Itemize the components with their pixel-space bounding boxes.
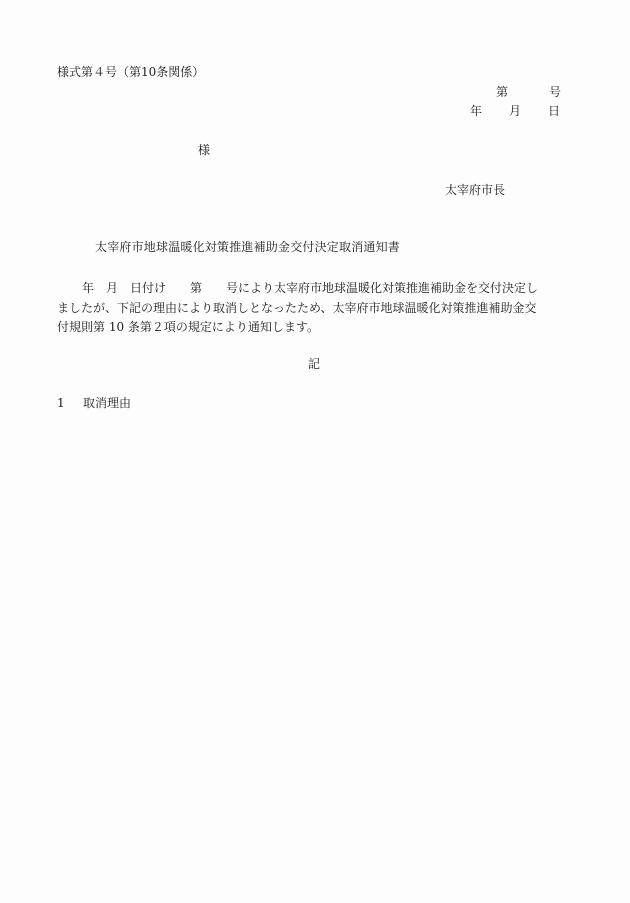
item-number: 1 <box>57 396 83 410</box>
addressee-honorific: 様 <box>198 143 210 157</box>
date-month-label: 月 <box>509 104 521 118</box>
form-number-label: 様式第４号（第10条関係） <box>57 65 204 79</box>
notice-body-line: ましたが、下記の理由により取消しとなったため、太宰府市地球温暖化対策推進補助金交 <box>57 299 577 319</box>
date-day-label: 日 <box>548 104 560 118</box>
notice-body-line: 年 月 日付け 第 号により太宰府市地球温暖化対策推進補助金を交付決定し <box>57 279 577 299</box>
document-title: 太宰府市地球温暖化対策推進補助金交付決定取消通知書 <box>95 240 400 254</box>
list-item: 1取消理由 <box>57 396 131 410</box>
notice-body-line: 付規則第 10 条第２項の規定により通知します。 <box>57 318 577 338</box>
date-year-label: 年 <box>470 104 482 118</box>
ki-heading: 記 <box>308 357 320 371</box>
document-number-suffix: 号 <box>549 85 561 99</box>
issuer-name: 太宰府市長 <box>445 183 505 197</box>
item-label: 取消理由 <box>83 396 131 410</box>
notice-body: 年 月 日付け 第 号により太宰府市地球温暖化対策推進補助金を交付決定し ました… <box>57 279 577 338</box>
document-number-prefix: 第 <box>496 85 508 99</box>
